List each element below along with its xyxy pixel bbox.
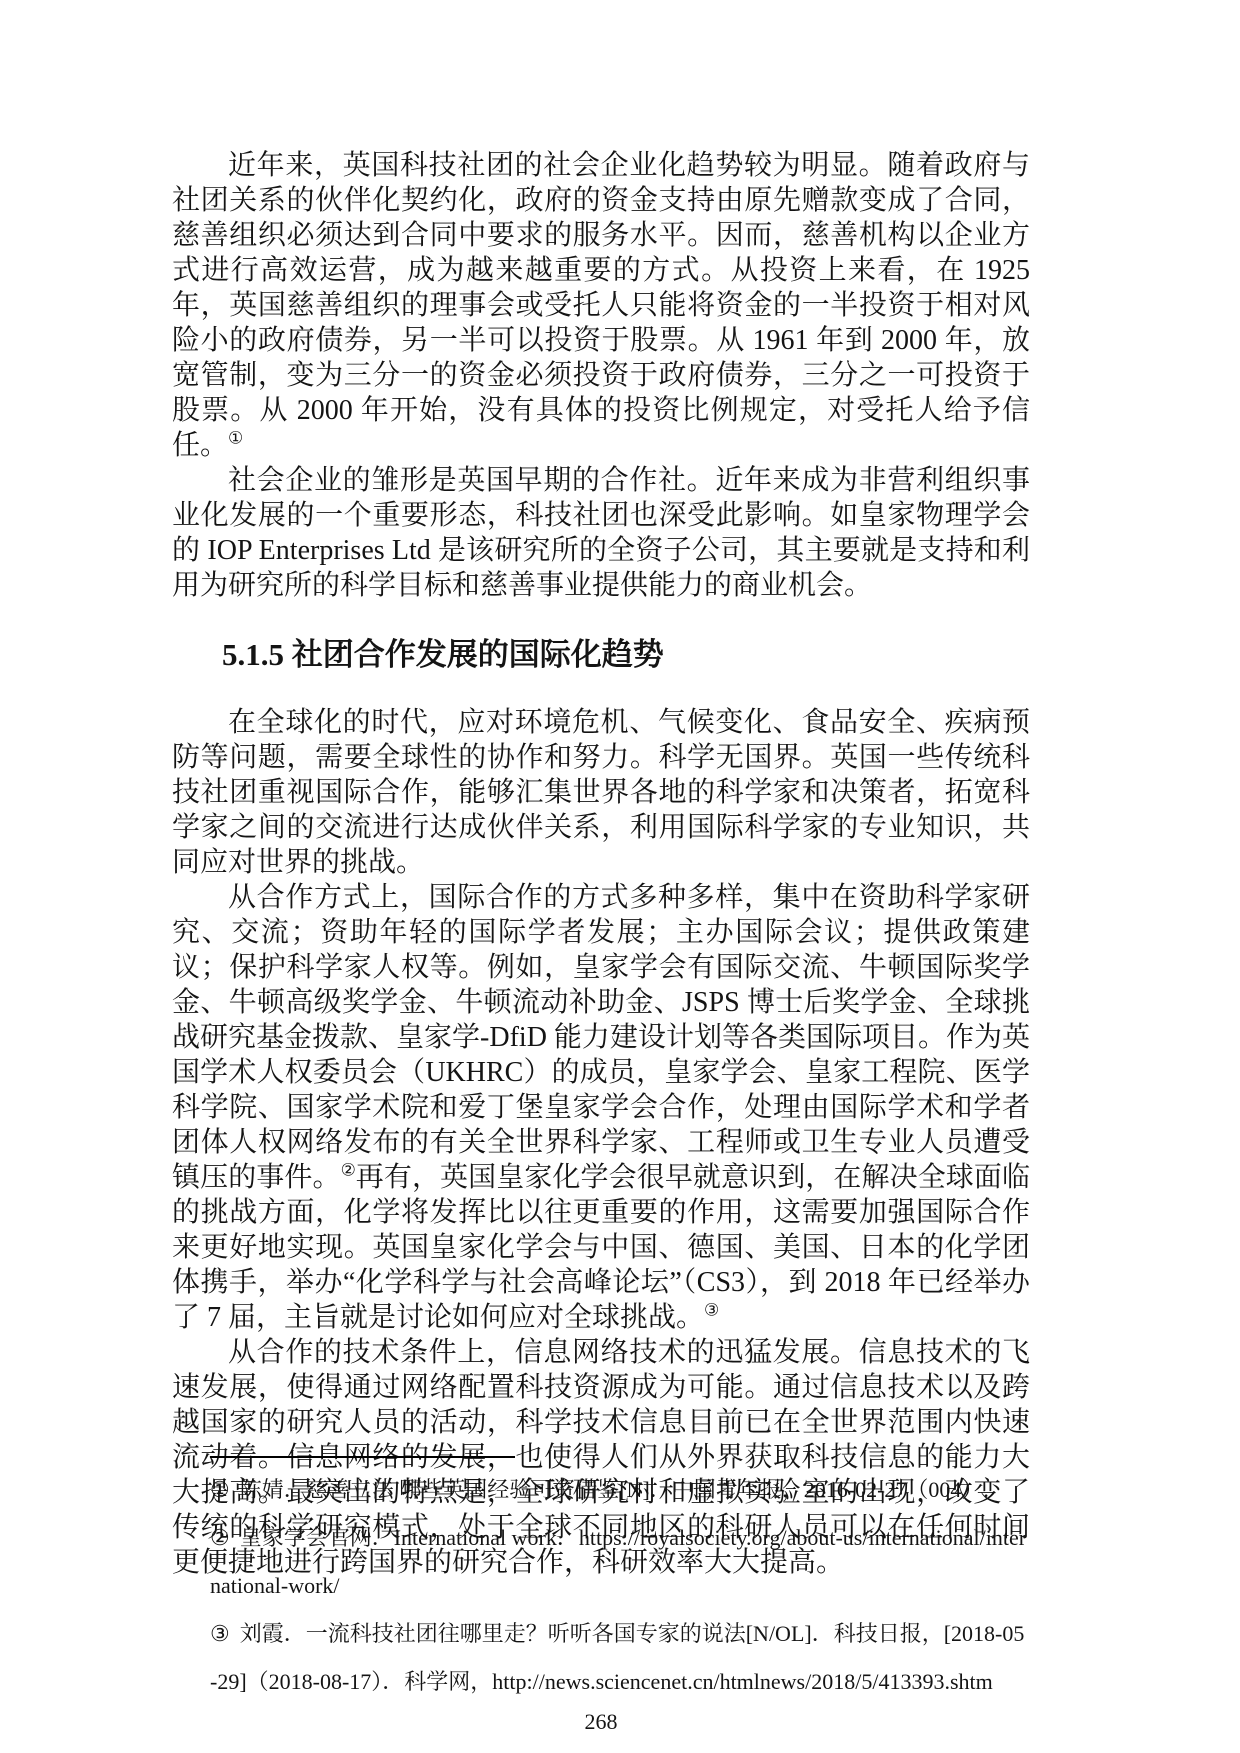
- footnote-separator: [210, 1456, 515, 1458]
- footnote-2-text: 皇家学会官网．International work．https://royals…: [210, 1525, 1026, 1598]
- footnote-1-text: 陈婧．慈善立法 哪些英国经验可资借鉴[N]．中国青年报，2016-02-27（0…: [240, 1477, 989, 1502]
- footnote-ref-2: ②: [341, 1161, 356, 1180]
- section-heading: 5.1.5 社团合作发展的国际化趋势: [172, 635, 1030, 675]
- body-paragraph-4: 从合作方式上，国际合作的方式多种多样，集中在资助科学家研究、交流；资助年轻的国际…: [172, 880, 1030, 1335]
- footnote-2: ②皇家学会官网．International work．https://royal…: [172, 1514, 1030, 1610]
- footer-area: ①陈婧．慈善立法 哪些英国经验可资借鉴[N]．中国青年报，2016-02-27（…: [172, 1448, 1030, 1736]
- footnote-3-text: 刘霞．一流科技社团往哪里走？听听各国专家的说法[N/OL]．科技日报，[2018…: [210, 1621, 1024, 1694]
- footnote-3: ③刘霞．一流科技社团往哪里走？听听各国专家的说法[N/OL]．科技日报，[201…: [172, 1610, 1030, 1706]
- paragraph-4-text-a: 从合作方式上，国际合作的方式多种多样，集中在资助科学家研究、交流；资助年轻的国际…: [172, 882, 1030, 1193]
- page-number: 268: [172, 1708, 1030, 1736]
- document-page: 近年来，英国科技社团的社会企业化趋势较为明显。随着政府与社团关系的伙伴化契约化，…: [0, 0, 1240, 1753]
- main-text-block: 近年来，英国科技社团的社会企业化趋势较为明显。随着政府与社团关系的伙伴化契约化，…: [172, 148, 1030, 1580]
- paragraph-3-text: 在全球化的时代，应对环境危机、气候变化、食品安全、疾病预防等问题，需要全球性的协…: [172, 707, 1030, 878]
- footnote-3-marker: ③: [210, 1621, 230, 1646]
- body-paragraph-2: 社会企业的雏形是英国早期的合作社。近年来成为非营利组织事业化发展的一个重要形态，…: [172, 463, 1030, 603]
- body-paragraph-3: 在全球化的时代，应对环境危机、气候变化、食品安全、疾病预防等问题，需要全球性的协…: [172, 705, 1030, 880]
- footnote-1-marker: ①: [210, 1477, 230, 1502]
- body-paragraph-1: 近年来，英国科技社团的社会企业化趋势较为明显。随着政府与社团关系的伙伴化契约化，…: [172, 148, 1030, 463]
- footnote-ref-1: ①: [228, 429, 243, 448]
- footnote-2-marker: ②: [210, 1525, 230, 1550]
- paragraph-2-text: 社会企业的雏形是英国早期的合作社。近年来成为非营利组织事业化发展的一个重要形态，…: [172, 465, 1030, 601]
- paragraph-1-text: 近年来，英国科技社团的社会企业化趋势较为明显。随着政府与社团关系的伙伴化契约化，…: [172, 150, 1030, 461]
- footnote-1: ①陈婧．慈善立法 哪些英国经验可资借鉴[N]．中国青年报，2016-02-27（…: [172, 1466, 1030, 1514]
- footnote-ref-3: ③: [704, 1301, 719, 1320]
